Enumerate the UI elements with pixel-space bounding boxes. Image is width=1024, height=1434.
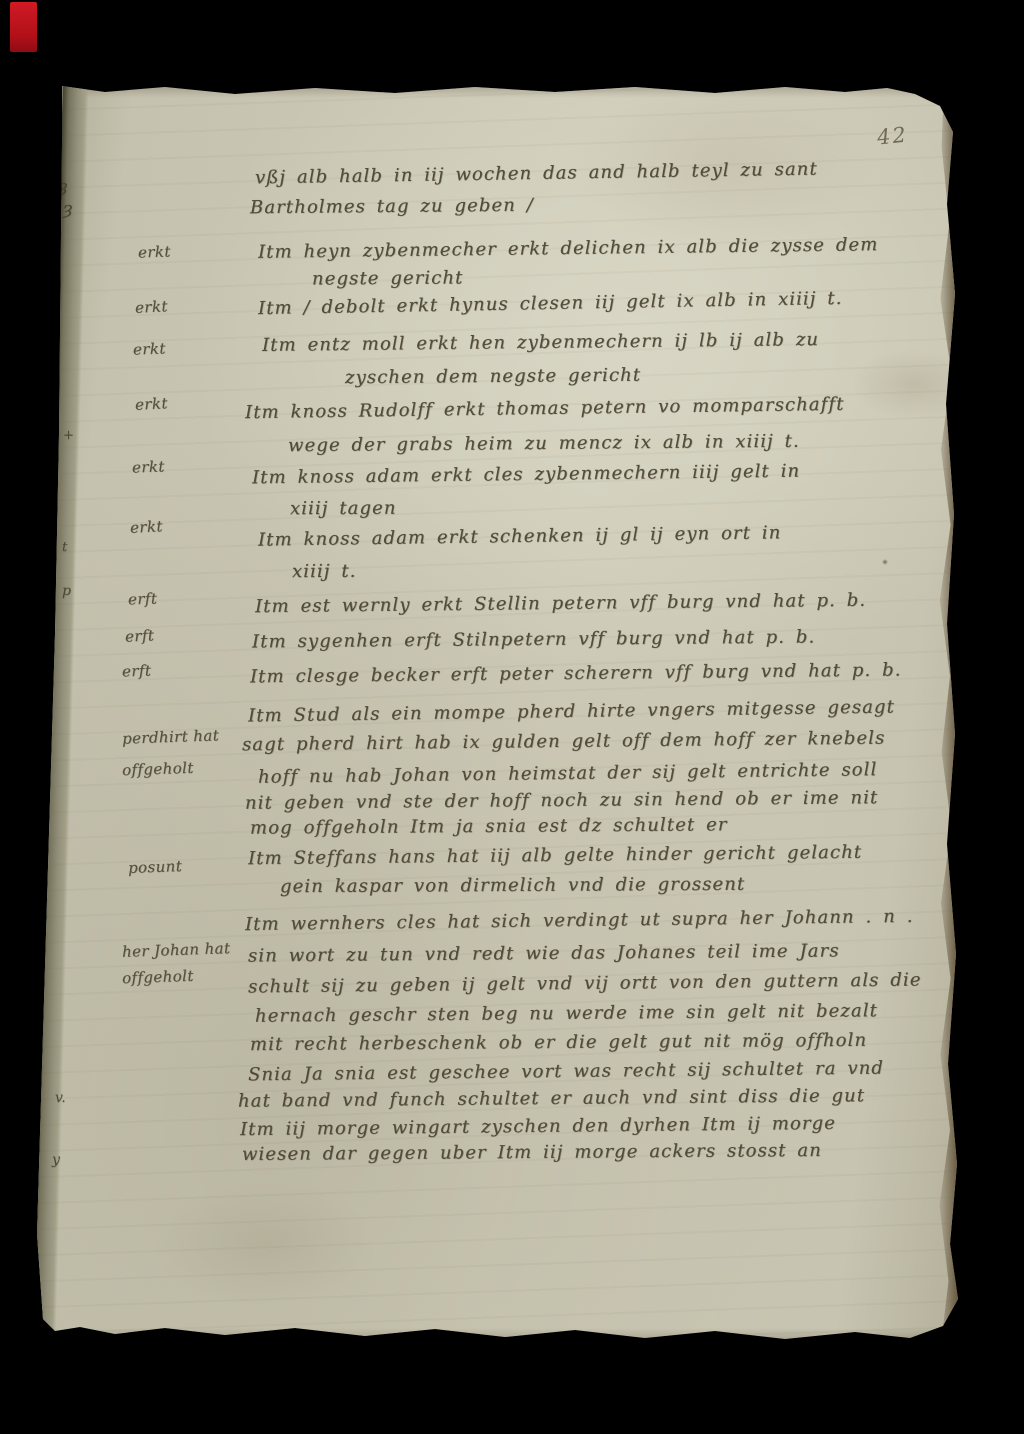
text-line: Itm clesge becker erft peter scherern vf… <box>250 660 902 688</box>
manuscript-photo: 42 erkt erkt erkt erkt erkt erkt erft er… <box>0 0 1024 1434</box>
text-line: Itm heyn zybenmecher erkt delichen ix al… <box>258 234 879 263</box>
text-line: Itm / debolt erkt hynus clesen iij gelt … <box>258 288 843 319</box>
margin-note: posunt <box>128 857 183 877</box>
text-line: sin wort zu tun vnd redt wie das Johanes… <box>248 940 840 966</box>
edge-mark: ȝ <box>63 198 72 219</box>
margin-note: offgeholt <box>122 967 194 987</box>
text-line: Itm Steffans hans hat iij alb gelte hind… <box>248 842 862 869</box>
color-calibration-mark <box>10 2 37 52</box>
text-line: nit geben vnd ste der hoff noch zu sin h… <box>245 787 879 814</box>
margin-note: erkt <box>135 297 169 317</box>
text-line: xiiij t. <box>292 561 357 582</box>
margin-note: erkt <box>135 394 169 414</box>
text-line: Itm Stud als ein mompe pherd hirte vnger… <box>248 696 895 726</box>
binding-edge <box>30 84 89 1336</box>
edge-mark: v. <box>55 1090 66 1106</box>
text-line: Itm est wernly erkt Stellin petern vff b… <box>255 590 866 617</box>
margin-note: perdhirt hat <box>122 726 220 747</box>
text-line: hoff nu hab Johan von heimstat der sij g… <box>258 759 878 788</box>
text-line: mit recht herbeschenk ob er die gelt gut… <box>250 1030 867 1055</box>
text-line: zyschen dem negste gericht <box>345 365 641 389</box>
text-line: hat band vnd funch schultet er auch vnd … <box>238 1085 865 1111</box>
margin-note: offgeholt <box>122 759 194 779</box>
text-line: Itm knoss adam erkt schenken ij gl ij ey… <box>258 522 782 550</box>
margin-note: erft <box>128 589 158 608</box>
margin-note: erkt <box>138 242 171 261</box>
margin-note: erkt <box>133 339 166 358</box>
text-line: hernach geschr sten beg nu werde ime sin… <box>255 1000 878 1026</box>
margin-note: her Johan hat <box>122 939 231 961</box>
text-line: Itm knoss adam erkt cles zybenmechern ii… <box>252 461 800 489</box>
margin-note: erkt <box>132 457 165 476</box>
text-line: sagt pherd hirt hab ix gulden gelt off d… <box>242 728 886 756</box>
torn-edge-right <box>935 84 965 1344</box>
edge-mark: y <box>52 1152 60 1168</box>
text-line: Itm entz moll erkt hen zybenmechern ij l… <box>262 329 819 356</box>
text-line: mog offgeholn Itm ja snia est dz schulte… <box>250 814 728 838</box>
text-line: schult sij zu geben ij gelt vnd vij ortt… <box>248 969 922 997</box>
text-line: negste gericht <box>312 267 464 289</box>
folio-number: 42 <box>876 122 909 149</box>
text-line: Itm iij morge wingart zyschen den dyrhen… <box>240 1113 836 1140</box>
margin-note: erft <box>122 661 152 680</box>
margin-note: erft <box>125 626 155 646</box>
edge-mark: + <box>63 428 74 443</box>
text-line: vßj alb halb in iij wochen das and halb … <box>255 159 818 189</box>
text-line: xiiij tagen <box>290 498 397 520</box>
edge-mark: ȝ <box>58 176 67 197</box>
text-line: wiesen dar gegen uber Itm iij morge acke… <box>242 1140 822 1165</box>
text-line: Itm wernhers cles hat sich verdingt ut s… <box>245 906 914 935</box>
manuscript-page: 42 erkt erkt erkt erkt erkt erkt erft er… <box>25 84 965 1344</box>
edge-mark: p <box>62 583 71 599</box>
margin-note: erkt <box>130 517 164 537</box>
text-line: Itm knoss Rudolff erkt thomas petern vo … <box>245 394 845 423</box>
text-line: Itm sygenhen erft Stilnpetern vff burg v… <box>252 627 815 653</box>
text-line: Snia Ja snia est geschee vort was recht … <box>248 1058 884 1086</box>
text-line: wege der grabs heim zu mencz ix alb in x… <box>288 431 800 456</box>
text-line: gein kaspar von dirmelich vnd die grosse… <box>280 874 745 897</box>
edge-mark: t <box>62 540 67 555</box>
text-line: Bartholmes tag zu geben / <box>250 195 534 218</box>
